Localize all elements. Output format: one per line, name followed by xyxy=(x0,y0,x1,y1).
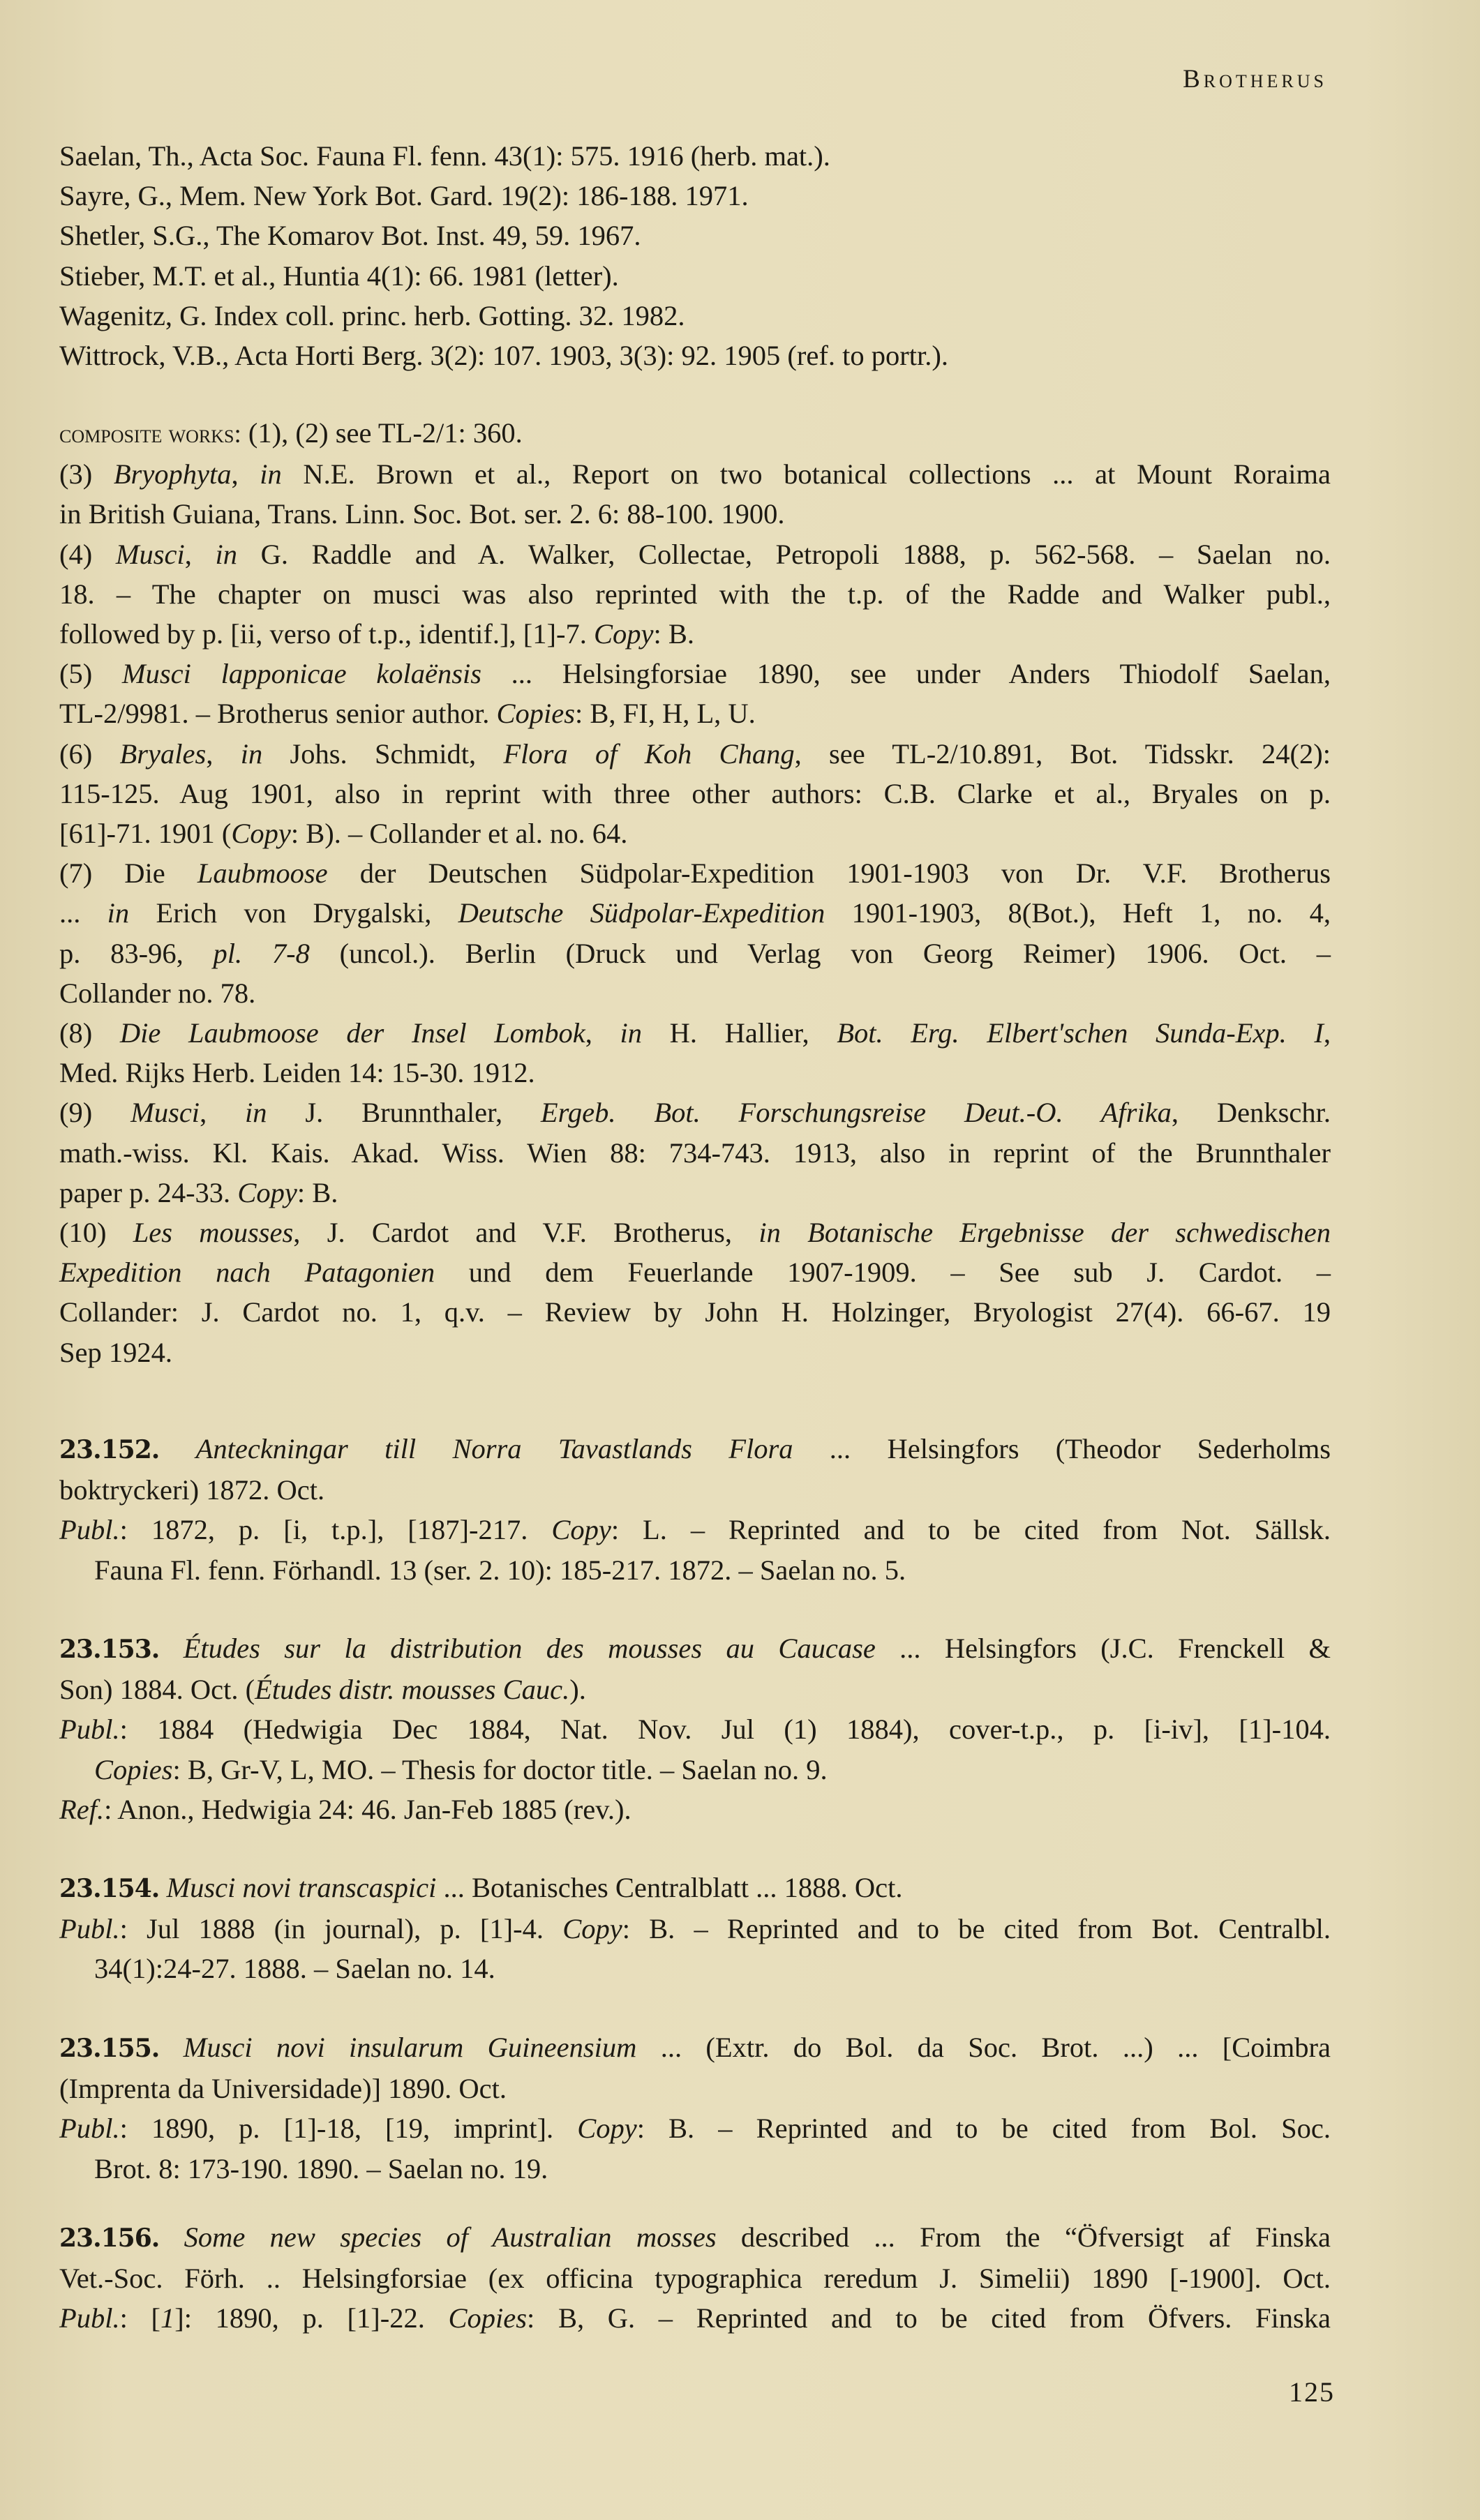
entry-number: 23.154. xyxy=(59,1874,159,1903)
composite-work-10: (10) Les mousses, J. Cardot and V.F. Bro… xyxy=(59,1213,1331,1252)
reference-item: Shetler, S.G., The Komarov Bot. Inst. 49… xyxy=(59,216,1331,255)
section-label: composite works: xyxy=(59,420,241,449)
composite-work-7-cont: Collander no. 78. xyxy=(59,973,1331,1013)
composite-work-10-cont: Sep 1924. xyxy=(59,1333,1331,1372)
composite-work-5: (5) Musci lapponicae kolaënsis ... Helsi… xyxy=(59,654,1331,693)
entry-23-155: 23.155. Musci novi insularum Guineensium… xyxy=(59,2027,1331,2189)
entry-23-153: 23.153. Études sur la distribution des m… xyxy=(59,1628,1331,1829)
composite-work-3: (3) Bryophyta, in N.E. Brown et al., Rep… xyxy=(59,454,1331,494)
composite-work-7-cont: p. 83-96, pl. 7-8 (uncol.). Berlin (Druc… xyxy=(59,933,1331,973)
reference-list: Saelan, Th., Acta Soc. Fauna Fl. fenn. 4… xyxy=(59,136,1331,375)
entry-number: 23.156. xyxy=(59,2223,159,2253)
entry-title-line: 23.152. Anteckningar till Norra Tavastla… xyxy=(59,1429,1331,1470)
entry-23-156: 23.156. Some new species of Australian m… xyxy=(59,2217,1331,2339)
reference-item: Sayre, G., Mem. New York Bot. Gard. 19(2… xyxy=(59,176,1331,216)
composite-work-6-cont: 115-125. Aug 1901, also in reprint with … xyxy=(59,774,1331,813)
reference-item: Wittrock, V.B., Acta Horti Berg. 3(2): 1… xyxy=(59,336,1331,375)
reference-item: Saelan, Th., Acta Soc. Fauna Fl. fenn. 4… xyxy=(59,136,1331,176)
composite-work-9-cont: paper p. 24-33. Copy: B. xyxy=(59,1173,1331,1213)
entry-number: 23.152. xyxy=(59,1435,159,1464)
entry-title-line: 23.154. Musci novi transcaspici ... Bota… xyxy=(59,1868,1331,1909)
composite-work-3-cont: in British Guiana, Trans. Linn. Soc. Bot… xyxy=(59,494,1331,534)
composite-work-6-cont: [61]-71. 1901 (Copy: B). – Collander et … xyxy=(59,813,1331,853)
composite-work-6: (6) Bryales, in Johs. Schmidt, Flora of … xyxy=(59,734,1331,774)
composite-work-5-cont: TL-2/9981. – Brotherus senior author. Co… xyxy=(59,693,1331,733)
reference-item: Stieber, M.T. et al., Huntia 4(1): 66. 1… xyxy=(59,256,1331,296)
page-number: 125 xyxy=(1289,2376,1335,2408)
composite-work-7-cont: ... in Erich von Drygalski, Deutsche Süd… xyxy=(59,893,1331,933)
composite-work-7: (7) Die Laubmoose der Deutschen Südpolar… xyxy=(59,853,1331,893)
running-head: Brotherus xyxy=(59,64,1327,94)
composite-work-8-cont: Med. Rijks Herb. Leiden 14: 15-30. 1912. xyxy=(59,1053,1331,1093)
reference-item: Wagenitz, G. Index coll. princ. herb. Go… xyxy=(59,296,1331,336)
composite-work-4: (4) Musci, in G. Raddle and A. Walker, C… xyxy=(59,534,1331,574)
entry-number: 23.155. xyxy=(59,2034,159,2063)
composite-work-10-cont: Collander: J. Cardot no. 1, q.v. – Revie… xyxy=(59,1292,1331,1332)
composite-works-section: composite works: (1), (2) see TL-2/1: 36… xyxy=(59,413,1331,1372)
composite-works-heading: composite works: (1), (2) see TL-2/1: 36… xyxy=(59,413,1331,454)
composite-work-9-cont: math.-wiss. Kl. Kais. Akad. Wiss. Wien 8… xyxy=(59,1133,1331,1173)
entry-23-152: 23.152. Anteckningar till Norra Tavastla… xyxy=(59,1429,1331,1590)
composite-work-9: (9) Musci, in J. Brunnthaler, Ergeb. Bot… xyxy=(59,1093,1331,1132)
entry-title-line: 23.153. Études sur la distribution des m… xyxy=(59,1628,1331,1670)
entry-number: 23.153. xyxy=(59,1635,159,1664)
composite-work-4-cont: 18. – The chapter on musci was also repr… xyxy=(59,574,1331,614)
entry-23-154: 23.154. Musci novi transcaspici ... Bota… xyxy=(59,1868,1331,1989)
entry-title-line: 23.156. Some new species of Australian m… xyxy=(59,2217,1331,2258)
composite-work-10-cont: Expedition nach Patagonien und dem Feuer… xyxy=(59,1252,1331,1292)
composite-work-4-cont: followed by p. [ii, verso of t.p., ident… xyxy=(59,614,1331,654)
composite-work-8: (8) Die Laubmoose der Insel Lombok, in H… xyxy=(59,1013,1331,1053)
entry-title-line: 23.155. Musci novi insularum Guineensium… xyxy=(59,2027,1331,2069)
